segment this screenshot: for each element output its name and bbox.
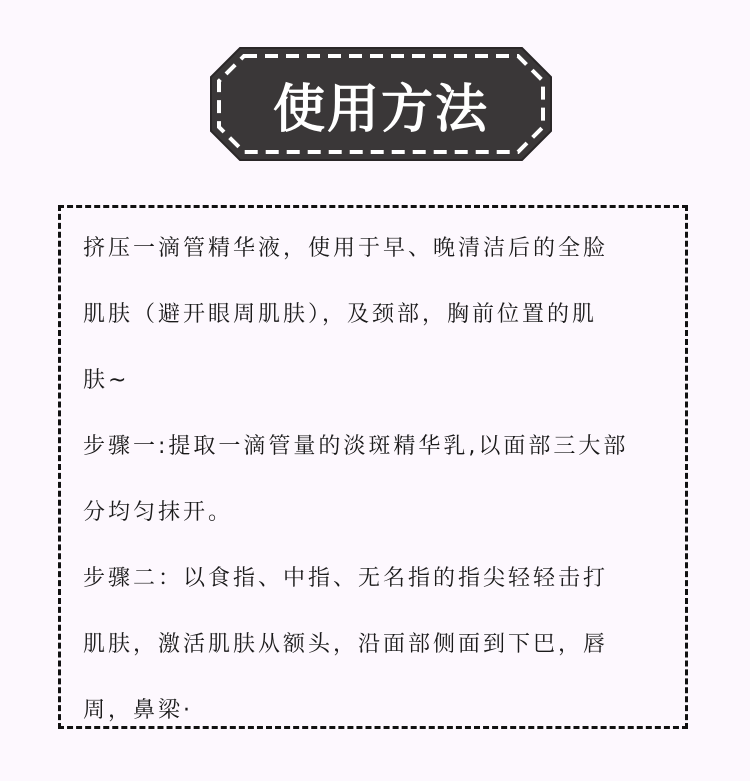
step-two-line: 肌肤，激活肌肤从额头，沿面部侧面到下巴，唇 xyxy=(83,612,675,678)
section-title-badge: 使用方法 xyxy=(210,47,552,161)
instructions-text: 挤压一滴管精华液，使用于早、晚清洁后的全脸 肌肤（避开眼周肌肤），及颈部，胸前位… xyxy=(83,216,675,744)
step-two-line: 周，鼻梁· xyxy=(83,678,675,744)
instruction-line: 肌肤（避开眼周肌肤），及颈部，胸前位置的肌 xyxy=(83,282,675,348)
step-one-line: 步骤一:提取一滴管量的淡斑精华乳,以面部三大部 xyxy=(83,414,675,480)
step-one-line: 分均匀抹开。 xyxy=(83,480,675,546)
page-title: 使用方法 xyxy=(210,47,552,161)
instructions-box: 挤压一滴管精华液，使用于早、晚清洁后的全脸 肌肤（避开眼周肌肤），及颈部，胸前位… xyxy=(58,205,688,729)
instruction-line: 肤~ xyxy=(83,348,675,414)
step-two-line: 步骤二：以食指、中指、无名指的指尖轻轻击打 xyxy=(83,546,675,612)
instruction-line: 挤压一滴管精华液，使用于早、晚清洁后的全脸 xyxy=(83,216,675,282)
